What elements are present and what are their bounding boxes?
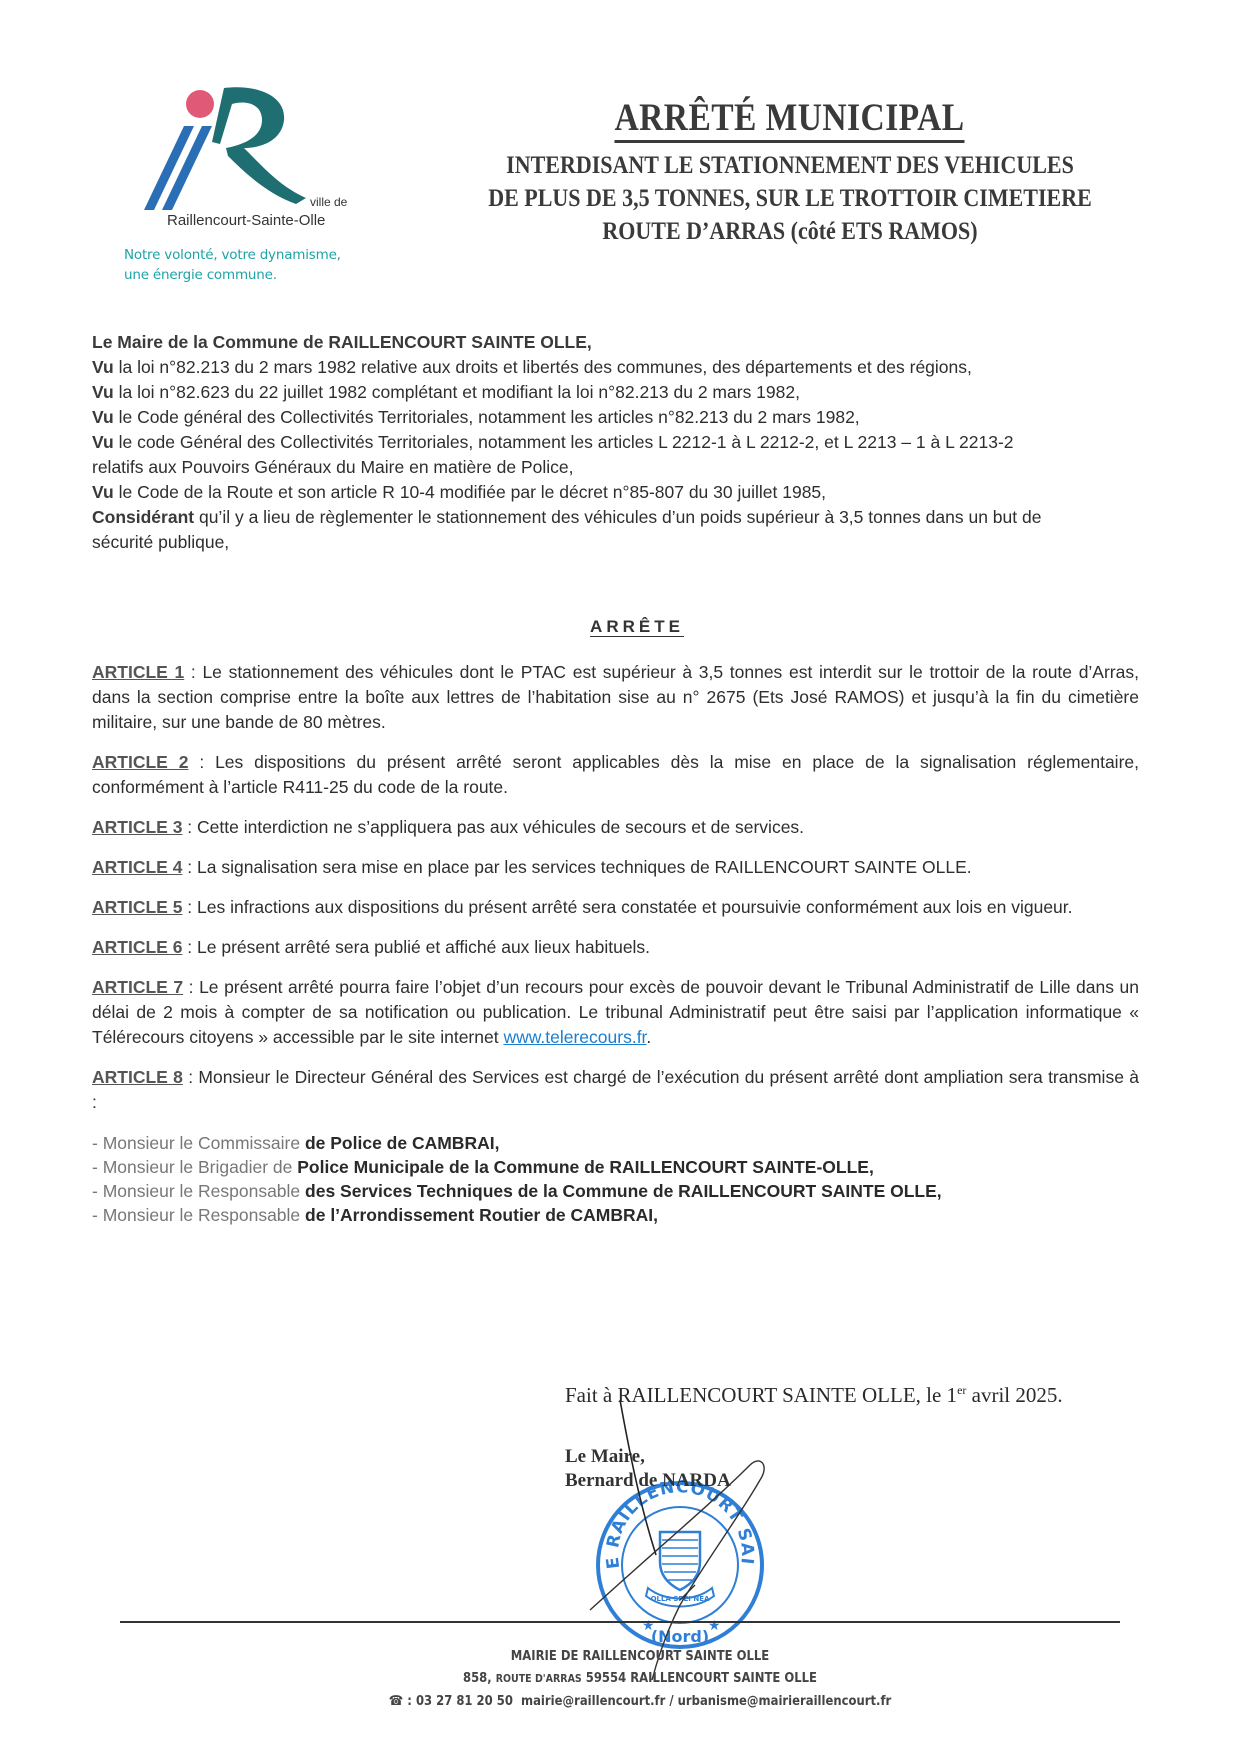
town-logo: ville de Raillencourt-Sainte-Olle Notre … xyxy=(118,82,358,282)
preamble-vu-line: Vu le Code de la Route et son article R … xyxy=(92,480,1182,505)
footer-divider xyxy=(120,1621,1120,1623)
recipient-item: - Monsieur le Responsable des Services T… xyxy=(92,1179,1139,1203)
preamble-vu-line: Vu la loi n°82.213 du 2 mars 1982 relati… xyxy=(92,355,1182,380)
footer-contact: MAIRIE DE RAILLENCOURT SAINTE OLLE 858, … xyxy=(340,1645,940,1712)
logo-slogan: Notre volonté, votre dynamisme, une éner… xyxy=(124,245,341,285)
logo-town-name: Raillencourt-Sainte-Olle xyxy=(167,212,325,229)
document-page: ville de Raillencourt-Sainte-Olle Notre … xyxy=(0,0,1240,1754)
subtitle-line: ROUTE D’ARRAS (côté ETS RAMOS) xyxy=(464,215,1115,248)
recipients-list: - Monsieur le Commissaire de Police de C… xyxy=(92,1131,1139,1227)
subtitle-line: INTERDISANT LE STATIONNEMENT DES VEHICUL… xyxy=(464,149,1115,182)
telephone-icon: ☎ xyxy=(389,1693,403,1709)
article-4: ARTICLE 4 : La signalisation sera mise e… xyxy=(92,855,1139,880)
handwritten-signature-icon xyxy=(560,1395,800,1685)
footer-phone-email: ☎ : 03 27 81 20 50 mairie@raillencourt.f… xyxy=(382,1690,898,1712)
articles-list: ARTICLE 1 : Le stationnement des véhicul… xyxy=(92,660,1139,1227)
article-8: ARTICLE 8 : Monsieur le Directeur Généra… xyxy=(92,1065,1139,1115)
raillencourt-logo-icon xyxy=(128,82,318,212)
decree-subtitle: INTERDISANT LE STATIONNEMENT DES VEHICUL… xyxy=(464,149,1115,248)
arrete-heading: ARRÊTE xyxy=(92,616,1182,637)
decree-title-block: ARRÊTÉ MUNICIPAL INTERDISANT LE STATIONN… xyxy=(420,96,1160,248)
article-6: ARTICLE 6 : Le présent arrêté sera publi… xyxy=(92,935,1139,960)
article-2: ARTICLE 2 : Les dispositions du présent … xyxy=(92,750,1139,800)
preamble-continuation: relatifs aux Pouvoirs Généraux du Maire … xyxy=(92,455,1182,480)
slogan-line-1: Notre volonté, votre dynamisme, xyxy=(124,245,341,265)
article-7: ARTICLE 7 : Le présent arrêté pourra fai… xyxy=(92,975,1139,1050)
subtitle-line: DE PLUS DE 3,5 TONNES, SUR LE TROTTOIR C… xyxy=(464,182,1115,215)
telerecours-link[interactable]: www.telerecours.fr xyxy=(503,1027,646,1047)
preamble-vu-line: Vu le code Général des Collectivités Ter… xyxy=(92,430,1182,455)
email-addresses[interactable]: mairie@raillencourt.fr / urbanisme@mairi… xyxy=(521,1693,891,1709)
decree-body: Le Maire de la Commune de RAILLENCOURT S… xyxy=(92,330,1182,555)
article-3: ARTICLE 3 : Cette interdiction ne s’appl… xyxy=(92,815,1139,840)
recipient-item: - Monsieur le Responsable de l’Arrondiss… xyxy=(92,1203,1139,1227)
recipient-item: - Monsieur le Brigadier de Police Munici… xyxy=(92,1155,1139,1179)
footer-address: 858, ROUTE D'ARRAS 59554 RAILLENCOURT SA… xyxy=(382,1667,898,1690)
article-1: ARTICLE 1 : Le stationnement des véhicul… xyxy=(92,660,1139,735)
preamble-vu-line: Vu le Code général des Collectivités Ter… xyxy=(92,405,1182,430)
slogan-line-2: une énergie commune. xyxy=(124,265,341,285)
preamble-considerant: Considérant qu’il y a lieu de règlemente… xyxy=(92,505,1052,555)
article-5: ARTICLE 5 : Les infractions aux disposit… xyxy=(92,895,1139,920)
preamble-vu-line: Vu la loi n°82.623 du 22 juillet 1982 co… xyxy=(92,380,1182,405)
preamble-lead: Le Maire de la Commune de RAILLENCOURT S… xyxy=(92,330,1182,355)
footer-org-name: MAIRIE DE RAILLENCOURT SAINTE OLLE xyxy=(382,1645,898,1667)
decree-title: ARRÊTÉ MUNICIPAL xyxy=(615,96,965,143)
recipient-item: - Monsieur le Commissaire de Police de C… xyxy=(92,1131,1139,1155)
phone-number: : 03 27 81 20 50 xyxy=(403,1693,513,1709)
logo-ville-de: ville de xyxy=(310,195,347,209)
preamble: Le Maire de la Commune de RAILLENCOURT S… xyxy=(92,330,1182,555)
